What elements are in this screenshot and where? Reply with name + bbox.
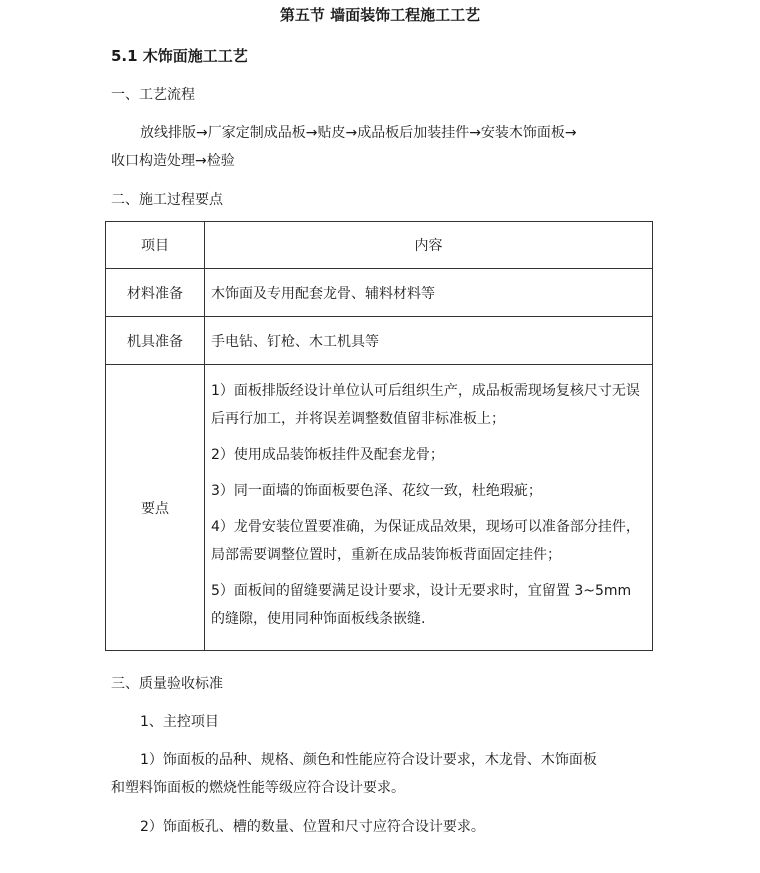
row-item: 要点 bbox=[106, 365, 205, 651]
point-2: 2）使用成品装饰板挂件及配套龙骨； bbox=[211, 441, 646, 469]
quality-item-2: 2）饰面板孔、槽的数量、位置和尺寸应符合设计要求。 bbox=[140, 816, 485, 836]
point-4: 4）龙骨安装位置要准确，为保证成品效果，现场可以准备部分挂件，局部需要调整位置时… bbox=[211, 513, 646, 569]
row-content: 手电钻、钉枪、木工机具等 bbox=[205, 317, 653, 365]
row-item: 机具准备 bbox=[106, 317, 205, 365]
heading-quality-standard: 三、质量验收标准 bbox=[111, 673, 223, 693]
row-points: 1）面板排版经设计单位认可后组织生产，成品板需现场复核尺寸无误后再行加工，并将误… bbox=[205, 365, 653, 651]
page-title: 第五节 墙面装饰工程施工工艺 bbox=[0, 4, 760, 25]
row-content: 木饰面及专用配套龙骨、辅料材料等 bbox=[205, 269, 653, 317]
construction-points-table: 项目 内容 材料准备 木饰面及专用配套龙骨、辅料材料等 机具准备 手电钻、钉枪、… bbox=[105, 221, 653, 651]
table-row: 机具准备 手电钻、钉枪、木工机具等 bbox=[106, 317, 653, 365]
quality-item-1-line-1: 1）饰面板的品种、规格、颜色和性能应符合设计要求，木龙骨、木饰面板 bbox=[140, 749, 597, 769]
process-flow-line-1: 放线排版→厂家定制成品板→贴皮→成品板后加装挂件→安装木饰面板→ bbox=[140, 122, 577, 142]
table-header-row: 项目 内容 bbox=[106, 222, 653, 269]
table-row: 要点 1）面板排版经设计单位认可后组织生产，成品板需现场复核尺寸无误后再行加工，… bbox=[106, 365, 653, 651]
header-content: 内容 bbox=[205, 222, 653, 269]
point-3: 3）同一面墙的饰面板要色泽、花纹一致，杜绝瑕疵； bbox=[211, 477, 646, 505]
process-flow-line-2: 收口构造处理→检验 bbox=[111, 150, 235, 170]
header-item: 项目 bbox=[106, 222, 205, 269]
heading-construction-points: 二、施工过程要点 bbox=[111, 189, 223, 209]
section-heading: 5.1 木饰面施工工艺 bbox=[111, 45, 248, 66]
point-5: 5）面板间的留缝要满足设计要求，设计无要求时，宜留置 3~5mm 的缝隙，使用同… bbox=[211, 577, 646, 633]
row-item: 材料准备 bbox=[106, 269, 205, 317]
table-row: 材料准备 木饰面及专用配套龙骨、辅料材料等 bbox=[106, 269, 653, 317]
quality-item-1-line-2: 和塑料饰面板的燃烧性能等级应符合设计要求。 bbox=[111, 777, 405, 797]
point-1: 1）面板排版经设计单位认可后组织生产，成品板需现场复核尺寸无误后再行加工，并将误… bbox=[211, 377, 646, 433]
heading-process-flow: 一、工艺流程 bbox=[111, 84, 195, 104]
subheading-main-control: 1、主控项目 bbox=[140, 711, 219, 731]
